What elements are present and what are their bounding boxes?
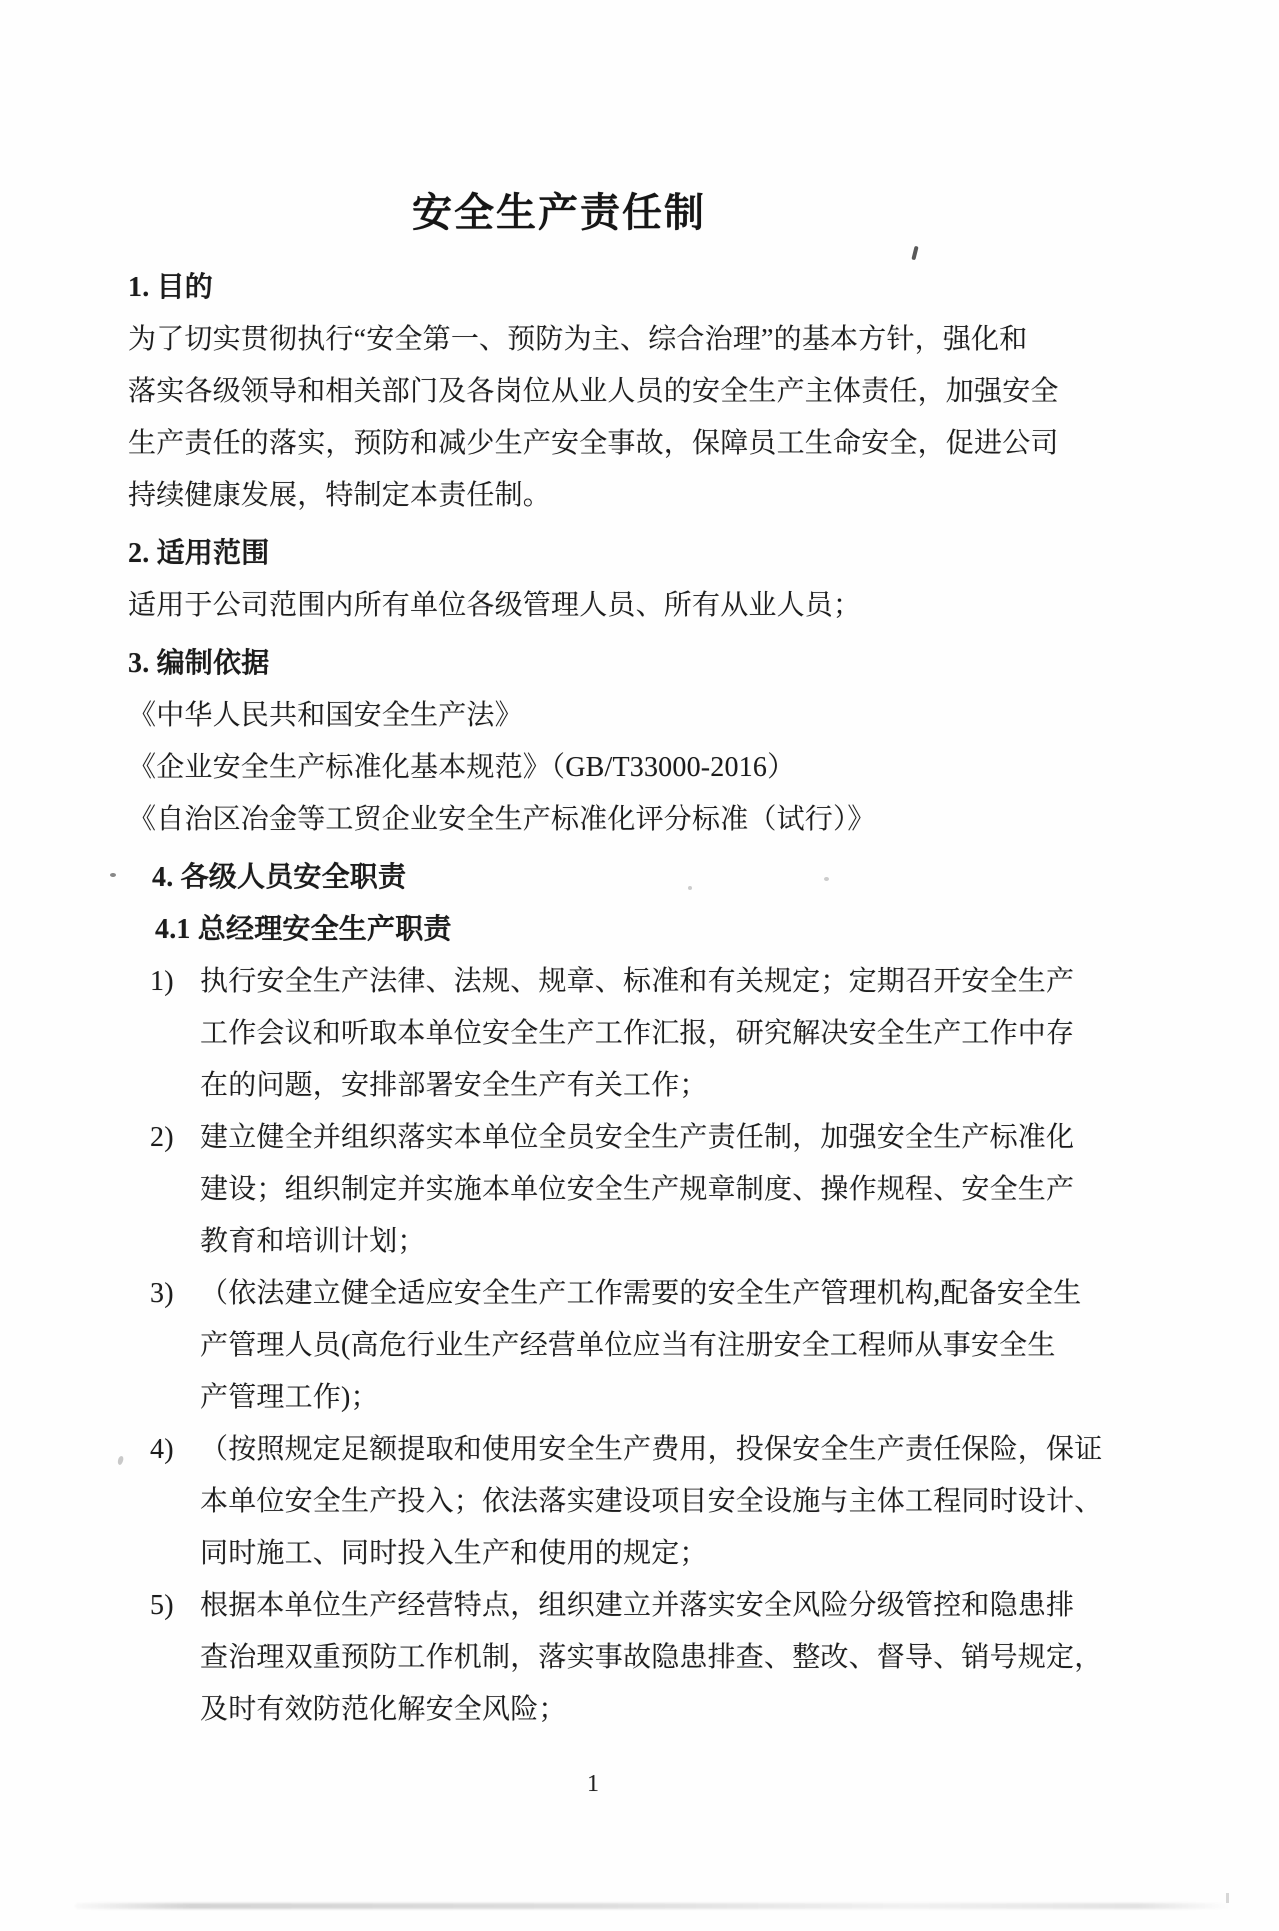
duty-item-4-line-2: 本单位安全生产投入；依法落实建设项目安全设施与主体工程同时设计、	[128, 1476, 1058, 1528]
section-heading-purpose: 1. 目的	[128, 262, 1058, 314]
section-heading-duties: 4. 各级人员安全职责	[128, 852, 1058, 904]
document-content: 安全生产责任制 1. 目的 为了切实贯彻执行“安全第一、预防为主、综合治理”的基…	[128, 0, 1058, 1804]
duty-item-1-line-3: 在的问题，安排部署安全生产有关工作；	[128, 1060, 1058, 1112]
duty-item-3-line-1: （依法建立健全适应安全生产工作需要的安全生产管理机构,配备安全生	[200, 1278, 1081, 1309]
duty-item-1-line-1: 执行安全生产法律、法规、规章、标准和有关规定；定期召开安全生产	[200, 966, 1074, 997]
duty-item-3-number: 3)	[150, 1268, 200, 1320]
section-heading-scope: 2. 适用范围	[128, 528, 1058, 580]
duty-item-5: 5)根据本单位生产经营特点，组织建立并落实安全风险分级管控和隐患排	[128, 1580, 1058, 1632]
subsection-heading-gm-duties: 4.1 总经理安全生产职责	[128, 904, 1058, 956]
basis-ref-3: 《自治区冶金等工贸企业安全生产标准化评分标准（试行）》	[128, 794, 1058, 846]
duty-item-4-number: 4)	[150, 1424, 200, 1476]
duty-item-4-line-3: 同时施工、同时投入生产和使用的规定；	[128, 1528, 1058, 1580]
page-number: 1	[128, 1764, 1058, 1804]
duty-item-5-line-3: 及时有效防范化解安全风险；	[128, 1684, 1058, 1736]
duty-item-1: 1)执行安全生产法律、法规、规章、标准和有关规定；定期召开安全生产	[128, 956, 1058, 1008]
purpose-line-4: 持续健康发展，特制定本责任制。	[128, 470, 1058, 522]
section-heading-basis: 3. 编制依据	[128, 638, 1058, 690]
duty-item-5-line-1: 根据本单位生产经营特点，组织建立并落实安全风险分级管控和隐患排	[200, 1590, 1074, 1621]
scan-artifact-dot	[110, 873, 116, 877]
duty-item-5-number: 5)	[150, 1580, 200, 1632]
basis-ref-1: 《中华人民共和国安全生产法》	[128, 690, 1058, 742]
duty-item-3-line-3: 产管理工作)；	[128, 1372, 1058, 1424]
basis-ref-2: 《企业安全生产标准化基本规范》（GB/T33000-2016）	[128, 742, 1058, 794]
scan-artifact-dot	[117, 1455, 125, 1465]
duty-item-5-line-2: 查治理双重预防工作机制，落实事故隐患排查、整改、督导、销号规定，	[128, 1632, 1058, 1684]
scan-artifact-dot	[688, 886, 692, 890]
duty-item-3-line-2: 产管理人员(高危行业生产经营单位应当有注册安全工程师从事安全生	[128, 1320, 1058, 1372]
duty-item-2: 2)建立健全并组织落实本单位全员安全生产责任制，加强安全生产标准化	[128, 1112, 1058, 1164]
duty-item-1-number: 1)	[150, 956, 200, 1008]
duty-item-4-line-1: （按照规定足额提取和使用安全生产费用，投保安全生产责任保险，保证	[200, 1434, 1102, 1465]
duty-item-4: 4)（按照规定足额提取和使用安全生产费用，投保安全生产责任保险，保证	[128, 1424, 1058, 1476]
duty-item-2-line-1: 建立健全并组织落实本单位全员安全生产责任制，加强安全生产标准化	[200, 1122, 1074, 1153]
purpose-line-2: 落实各级领导和相关部门及各岗位从业人员的安全生产主体责任，加强安全	[128, 366, 1058, 418]
scanner-edge-shadow	[75, 1903, 1230, 1909]
scanner-edge-tick	[1226, 1893, 1229, 1903]
duty-item-2-line-3: 教育和培训计划；	[128, 1216, 1058, 1268]
purpose-line-1: 为了切实贯彻执行“安全第一、预防为主、综合治理”的基本方针，强化和	[128, 314, 1058, 366]
scan-artifact-dot	[824, 877, 829, 881]
scope-body: 适用于公司范围内所有单位各级管理人员、所有从业人员；	[128, 580, 1058, 632]
duty-item-2-number: 2)	[150, 1112, 200, 1164]
duty-item-1-line-2: 工作会议和听取本单位安全生产工作汇报，研究解决安全生产工作中存	[128, 1008, 1058, 1060]
document-page: 安全生产责任制 1. 目的 为了切实贯彻执行“安全第一、预防为主、综合治理”的基…	[0, 0, 1279, 1931]
duty-item-2-line-2: 建设；组织制定并实施本单位安全生产规章制度、操作规程、安全生产	[128, 1164, 1058, 1216]
document-title: 安全生产责任制	[94, 190, 1024, 236]
purpose-line-3: 生产责任的落实，预防和减少生产安全事故，保障员工生命安全，促进公司	[128, 418, 1058, 470]
duty-item-3: 3)（依法建立健全适应安全生产工作需要的安全生产管理机构,配备安全生	[128, 1268, 1058, 1320]
